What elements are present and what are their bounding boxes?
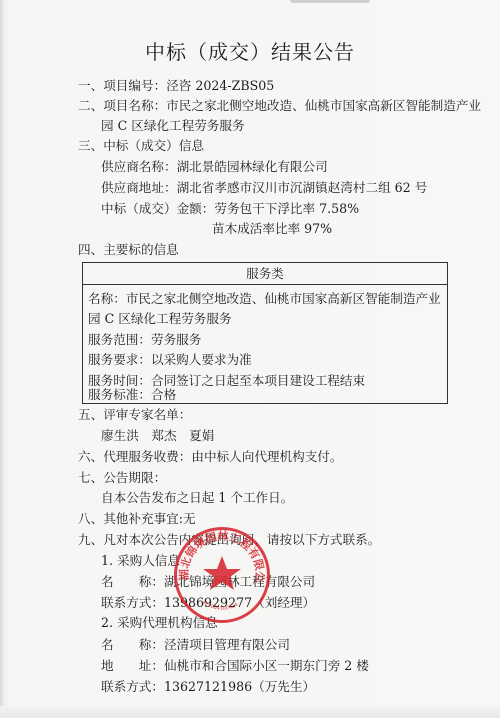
table-row: 园 C 区绿化工程劳务服务 [88, 311, 232, 327]
table-row: 名称：市民之家北侧空地改造、仙桃市国家高新区智能制造产业 [88, 291, 441, 307]
project-name: 二、项目名称：市民之家北侧空地改造、仙桃市国家高新区智能制造产业 [78, 98, 481, 114]
expert-list-heading: 五、评审专家名单： [78, 407, 191, 423]
subject-info-heading: 四、主要标的信息 [78, 242, 179, 258]
supplier-address-label: 供应商地址： [101, 180, 177, 195]
agency-fee: 六、代理服务收费：由中标人向代理机构支付。 [78, 449, 342, 465]
other-matters-value: 无 [183, 511, 196, 526]
agency-contact: 联系方式：13627121986（万先生） [101, 679, 315, 695]
agency-address-value: 仙桃市和合国际小区一期东门旁 2 楼 [164, 658, 369, 673]
agency-address: 地 址：仙桃市和合国际小区一期东门旁 2 楼 [101, 658, 369, 674]
award-info-heading: 三、中标（成交）信息 [78, 138, 204, 154]
agency-address-label: 地 址： [101, 658, 164, 673]
supplier-address: 供应商地址：湖北省孝感市汉川市沉湖镇赵湾村二组 62 号 [101, 180, 427, 196]
other-matters: 八、其他补充事宜:无 [78, 511, 196, 527]
scan-shadow [290, 0, 370, 3]
purchaser-heading: 1. 采购人信息 [101, 553, 180, 569]
table-row: 服务标准：合格 [88, 387, 176, 403]
project-number: 一、项目编号：泾咨 2024-ZBS05 [78, 78, 274, 94]
purchaser-contact-value: 13986929277（刘经理） [164, 595, 315, 610]
subject-info-table: 服务类 名称：市民之家北侧空地改造、仙桃市国家高新区智能制造产业 园 C 区绿化… [82, 262, 448, 404]
purchaser-name-value: 湖北锦境园林工程有限公司 [164, 574, 315, 589]
notice-period-value: 自本公告发布之日起 1 个工作日。 [101, 490, 293, 506]
agency-contact-value: 13627121986（万先生） [164, 679, 315, 694]
project-name-value-2: 园 C 区绿化工程劳务服务 [101, 118, 245, 134]
award-amount: 中标（成交）金额：劳务包干下浮比率 7.58% [101, 201, 359, 217]
scan-bottom-edge [0, 706, 500, 718]
purchaser-name: 名 称：湖北锦境园林工程有限公司 [101, 574, 315, 590]
agency-name: 名 称：泾清项目管理有限公司 [101, 637, 290, 653]
supplier-name: 供应商名称：湖北景皓园林绿化有限公司 [101, 159, 328, 175]
contact-heading: 九、凡对本次公告内容提出询问，请按以下方式联系。 [78, 532, 380, 548]
project-number-value: 泾咨 2024-ZBS05 [166, 78, 274, 93]
award-amount-value-2: 苗木成活率比率 97% [212, 221, 332, 237]
notice-period-heading: 七、公告期限： [78, 470, 166, 486]
supplier-address-value: 湖北省孝感市汉川市沉湖镇赵湾村二组 62 号 [177, 180, 428, 195]
award-amount-value-1: 劳务包干下浮比率 7.58% [214, 201, 359, 216]
table-row: 服务范围：劳务服务 [88, 332, 201, 348]
expert-names: 廖生洪 郑杰 夏娟 [101, 428, 214, 444]
project-name-label: 二、项目名称： [78, 98, 166, 113]
supplier-name-value: 湖北景皓园林绿化有限公司 [177, 159, 328, 174]
table-header: 服务类 [83, 263, 447, 285]
other-matters-label: 八、其他补充事宜: [78, 511, 183, 526]
table-row: 服务要求：以采购人要求为准 [88, 352, 252, 368]
document-page: 中标（成交）结果公告 一、项目编号：泾咨 2024-ZBS05 二、项目名称：市… [0, 0, 500, 718]
purchaser-contact-label: 联系方式： [101, 595, 164, 610]
agency-heading: 2. 采购代理机构信息 [101, 615, 218, 631]
award-amount-label: 中标（成交）金额： [101, 201, 214, 216]
agency-contact-label: 联系方式： [101, 679, 164, 694]
agency-fee-label: 六、代理服务收费： [78, 449, 191, 464]
project-number-label: 一、项目编号： [78, 78, 166, 93]
page-title: 中标（成交）结果公告 [0, 36, 500, 65]
project-name-value-1: 市民之家北侧空地改造、仙桃市国家高新区智能制造产业 [166, 98, 481, 113]
supplier-name-label: 供应商名称： [101, 159, 177, 174]
agency-fee-value: 由中标人向代理机构支付。 [191, 449, 342, 464]
agency-name-label: 名 称： [101, 637, 164, 652]
agency-name-value: 泾清项目管理有限公司 [164, 637, 290, 652]
purchaser-name-label: 名 称： [101, 574, 164, 589]
purchaser-contact: 联系方式：13986929277（刘经理） [101, 595, 315, 611]
